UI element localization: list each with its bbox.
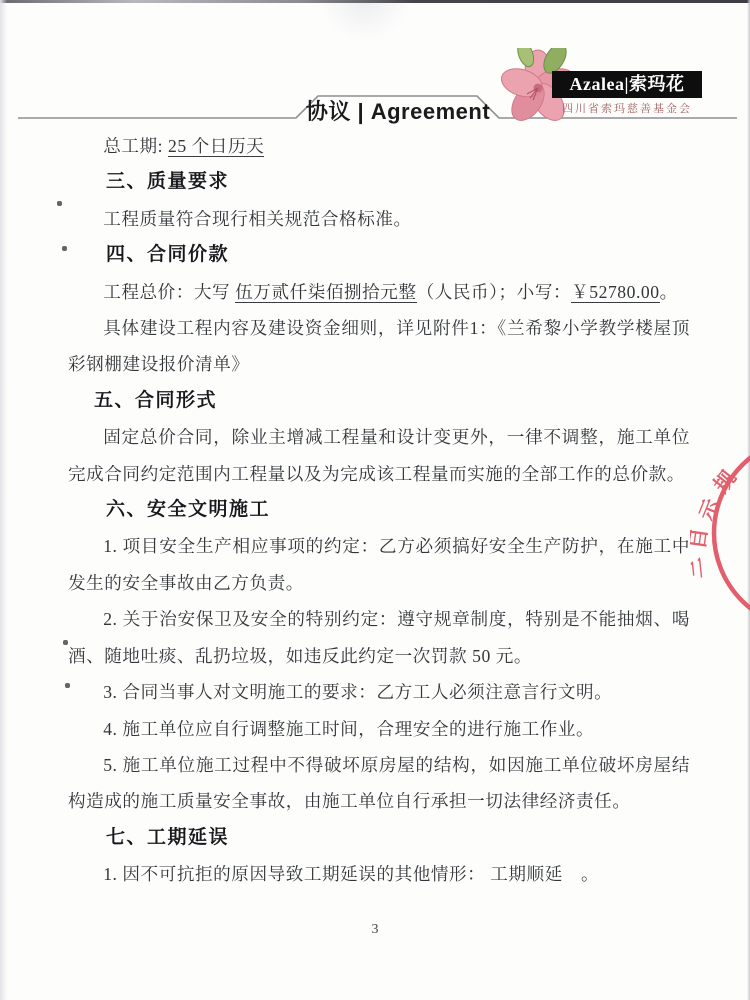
section-heading-price: 四、合同价款 — [68, 237, 690, 273]
seal-char: 三 — [690, 557, 707, 580]
paragraph-contract-form: 固定总价合同，除业主增减工程量和设计变更外，一律不调整，施工单位完成合同约定范围… — [68, 419, 690, 492]
total-duration-label: 总工期: — [103, 136, 168, 156]
scan-speck — [57, 201, 62, 206]
scan-speck — [62, 246, 67, 251]
paragraph-safety-4: 4. 施工单位应自行调整施工时间，合理安全的进行施工作业。 — [68, 711, 690, 747]
scanned-page: 协议 | Agreement Azalea|索玛花 四川省索玛慈善基金会 总工期… — [0, 0, 750, 1000]
paragraph-safety-3: 3. 合同当事人对文明施工的要求：乙方工人必须注意言行文明。 — [68, 674, 690, 710]
official-seal-stamp: 规 示 目 三 — [690, 436, 750, 626]
paragraph-total-price: 工程总价：大写 伍万贰仟柒佰捌拾元整（人民币）；小写：￥52780.00。 — [68, 274, 690, 310]
section-heading-safety: 六、安全文明施工 — [68, 492, 690, 528]
paragraph-safety-2: 2. 关于治安保卫及安全的特别约定：遵守规章制度，特别是不能抽烟、喝酒、随地吐痰… — [68, 601, 690, 674]
section-heading-delay: 七、工期延误 — [68, 820, 690, 856]
price-prefix: 工程总价：大写 — [103, 282, 235, 302]
scan-left-edge — [0, 0, 7, 1000]
paragraph-delay-1: 1. 因不可抗拒的原因导致工期延误的其他情形： 工期顺延 。 — [68, 856, 690, 892]
delay-answer: 工期顺延 — [490, 864, 563, 884]
seal-char: 目 — [690, 527, 712, 551]
total-duration-line: 总工期: 25 个日历天 — [68, 128, 690, 164]
price-mid: （人民币）；小写： — [417, 282, 572, 302]
logo-brand: Azalea|索玛花 — [552, 71, 702, 98]
price-amount-words: 伍万贰仟柒佰捌拾元整 — [235, 282, 416, 303]
paragraph-attachment: 具体建设工程内容及建设资金细则，详见附件1：《兰希黎小学教学楼屋顶彩钢棚建设报价… — [68, 310, 690, 383]
page-title: 协议 | Agreement — [302, 95, 494, 126]
section-heading-contract-form: 五、合同形式 — [68, 383, 690, 419]
page-number: 3 — [0, 922, 750, 938]
logo-organization: 四川省索玛慈善基金会 — [552, 100, 702, 116]
price-suffix: 。 — [660, 282, 678, 302]
total-duration-value: 25 个日历天 — [168, 136, 264, 157]
paragraph-safety-1: 1. 项目安全生产相应事项的约定：乙方必须搞好安全生产防护，在施工中发生的安全事… — [68, 528, 690, 601]
contract-body: 总工期: 25 个日历天 三、质量要求 工程质量符合现行相关规范合格标准。 四、… — [68, 128, 690, 893]
delay-prefix: 1. 因不可抗拒的原因导致工期延误的其他情形： — [103, 864, 490, 884]
paragraph-safety-5: 5. 施工单位施工过程中不得破坏原房屋的结构，如因施工单位破坏房屋结构造成的施工… — [68, 747, 690, 820]
price-amount-figures: ￥52780.00 — [571, 282, 660, 303]
section-heading-quality: 三、质量要求 — [68, 164, 690, 200]
paragraph-quality: 工程质量符合现行相关规范合格标准。 — [68, 201, 690, 237]
delay-suffix: 。 — [563, 864, 599, 884]
